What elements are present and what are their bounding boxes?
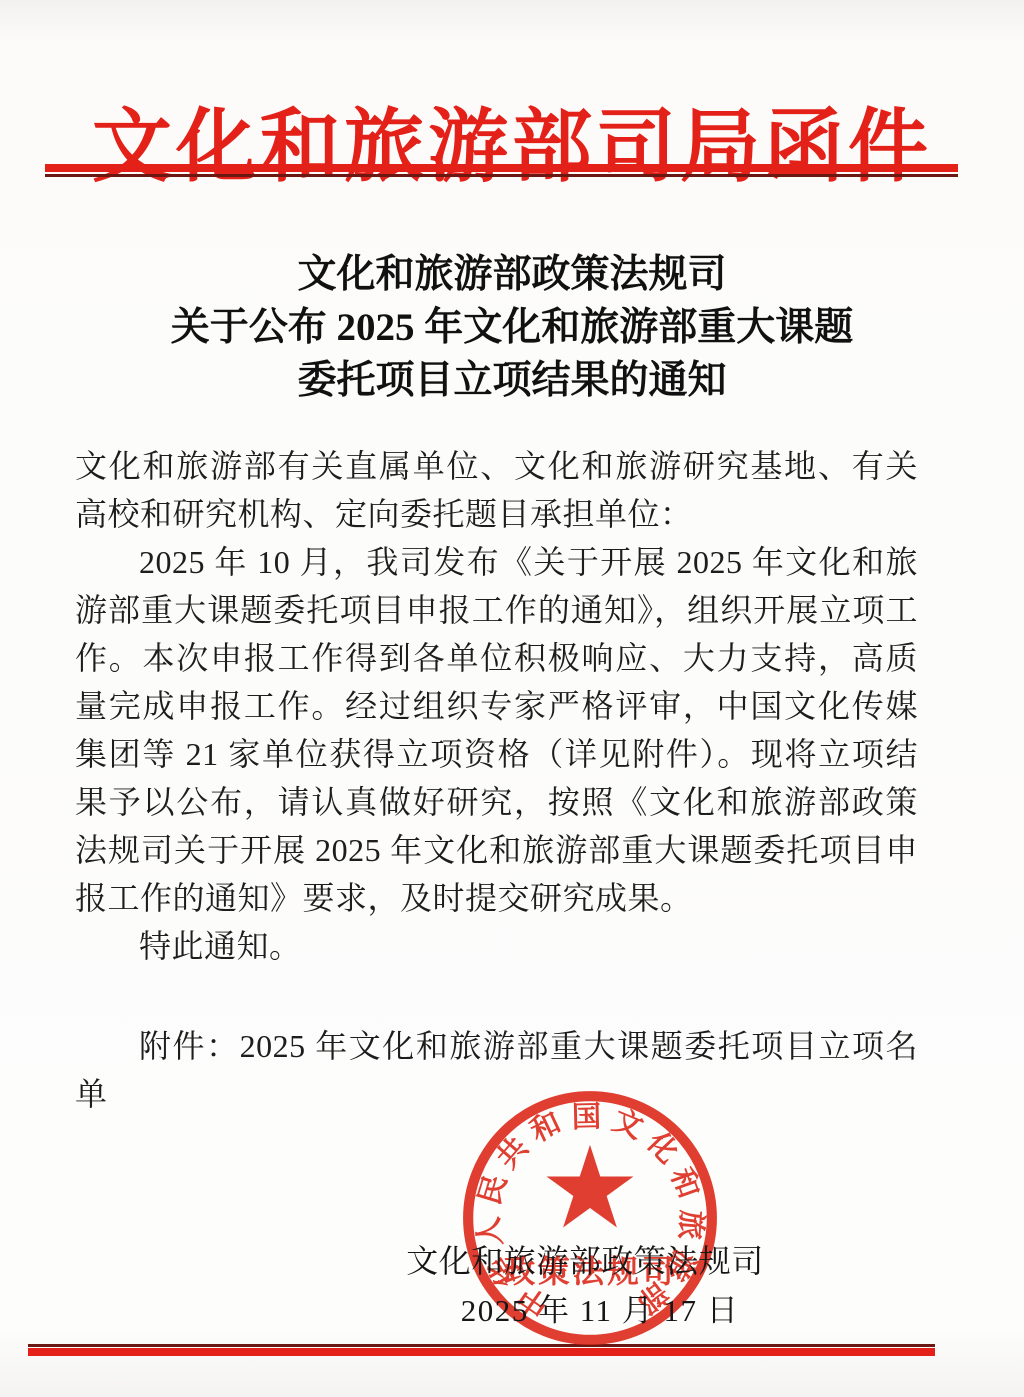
letterhead-divider <box>45 164 958 177</box>
document-title: 文化和旅游部政策法规司 关于公布 2025 年文化和旅游部重大课题 委托项目立项… <box>0 248 1024 407</box>
signature-department: 文化和旅游部政策法规司 <box>406 1236 764 1282</box>
star-icon <box>547 1145 634 1228</box>
divider-thin-line <box>45 174 958 177</box>
document-title-line-3: 委托项目立项结果的通知 <box>0 354 1024 407</box>
body-paragraph: 2025 年 10 月，我司发布《关于开展 2025 年文化和旅游部重大课题委托… <box>75 538 918 922</box>
document-body: 文化和旅游部有关直属单位、文化和旅游研究基地、有关高校和研究机构、定向委托题目承… <box>75 442 918 1118</box>
document-title-line-2: 关于公布 2025 年文化和旅游部重大课题 <box>0 301 1024 354</box>
closing-line: 特此通知。 <box>75 922 918 970</box>
document-page: 文化和旅游部司局函件 文化和旅游部政策法规司 关于公布 2025 年文化和旅游部… <box>0 0 1024 1397</box>
divider-thick-line <box>45 164 958 172</box>
signature-date: 2025 年 11 月 17 日 <box>461 1285 740 1330</box>
salutation-line: 文化和旅游部有关直属单位、文化和旅游研究基地、有关高校和研究机构、定向委托题目承… <box>75 442 918 538</box>
letterhead-title: 文化和旅游部司局函件 <box>0 100 1024 196</box>
document-title-line-1: 文化和旅游部政策法规司 <box>0 248 1024 301</box>
